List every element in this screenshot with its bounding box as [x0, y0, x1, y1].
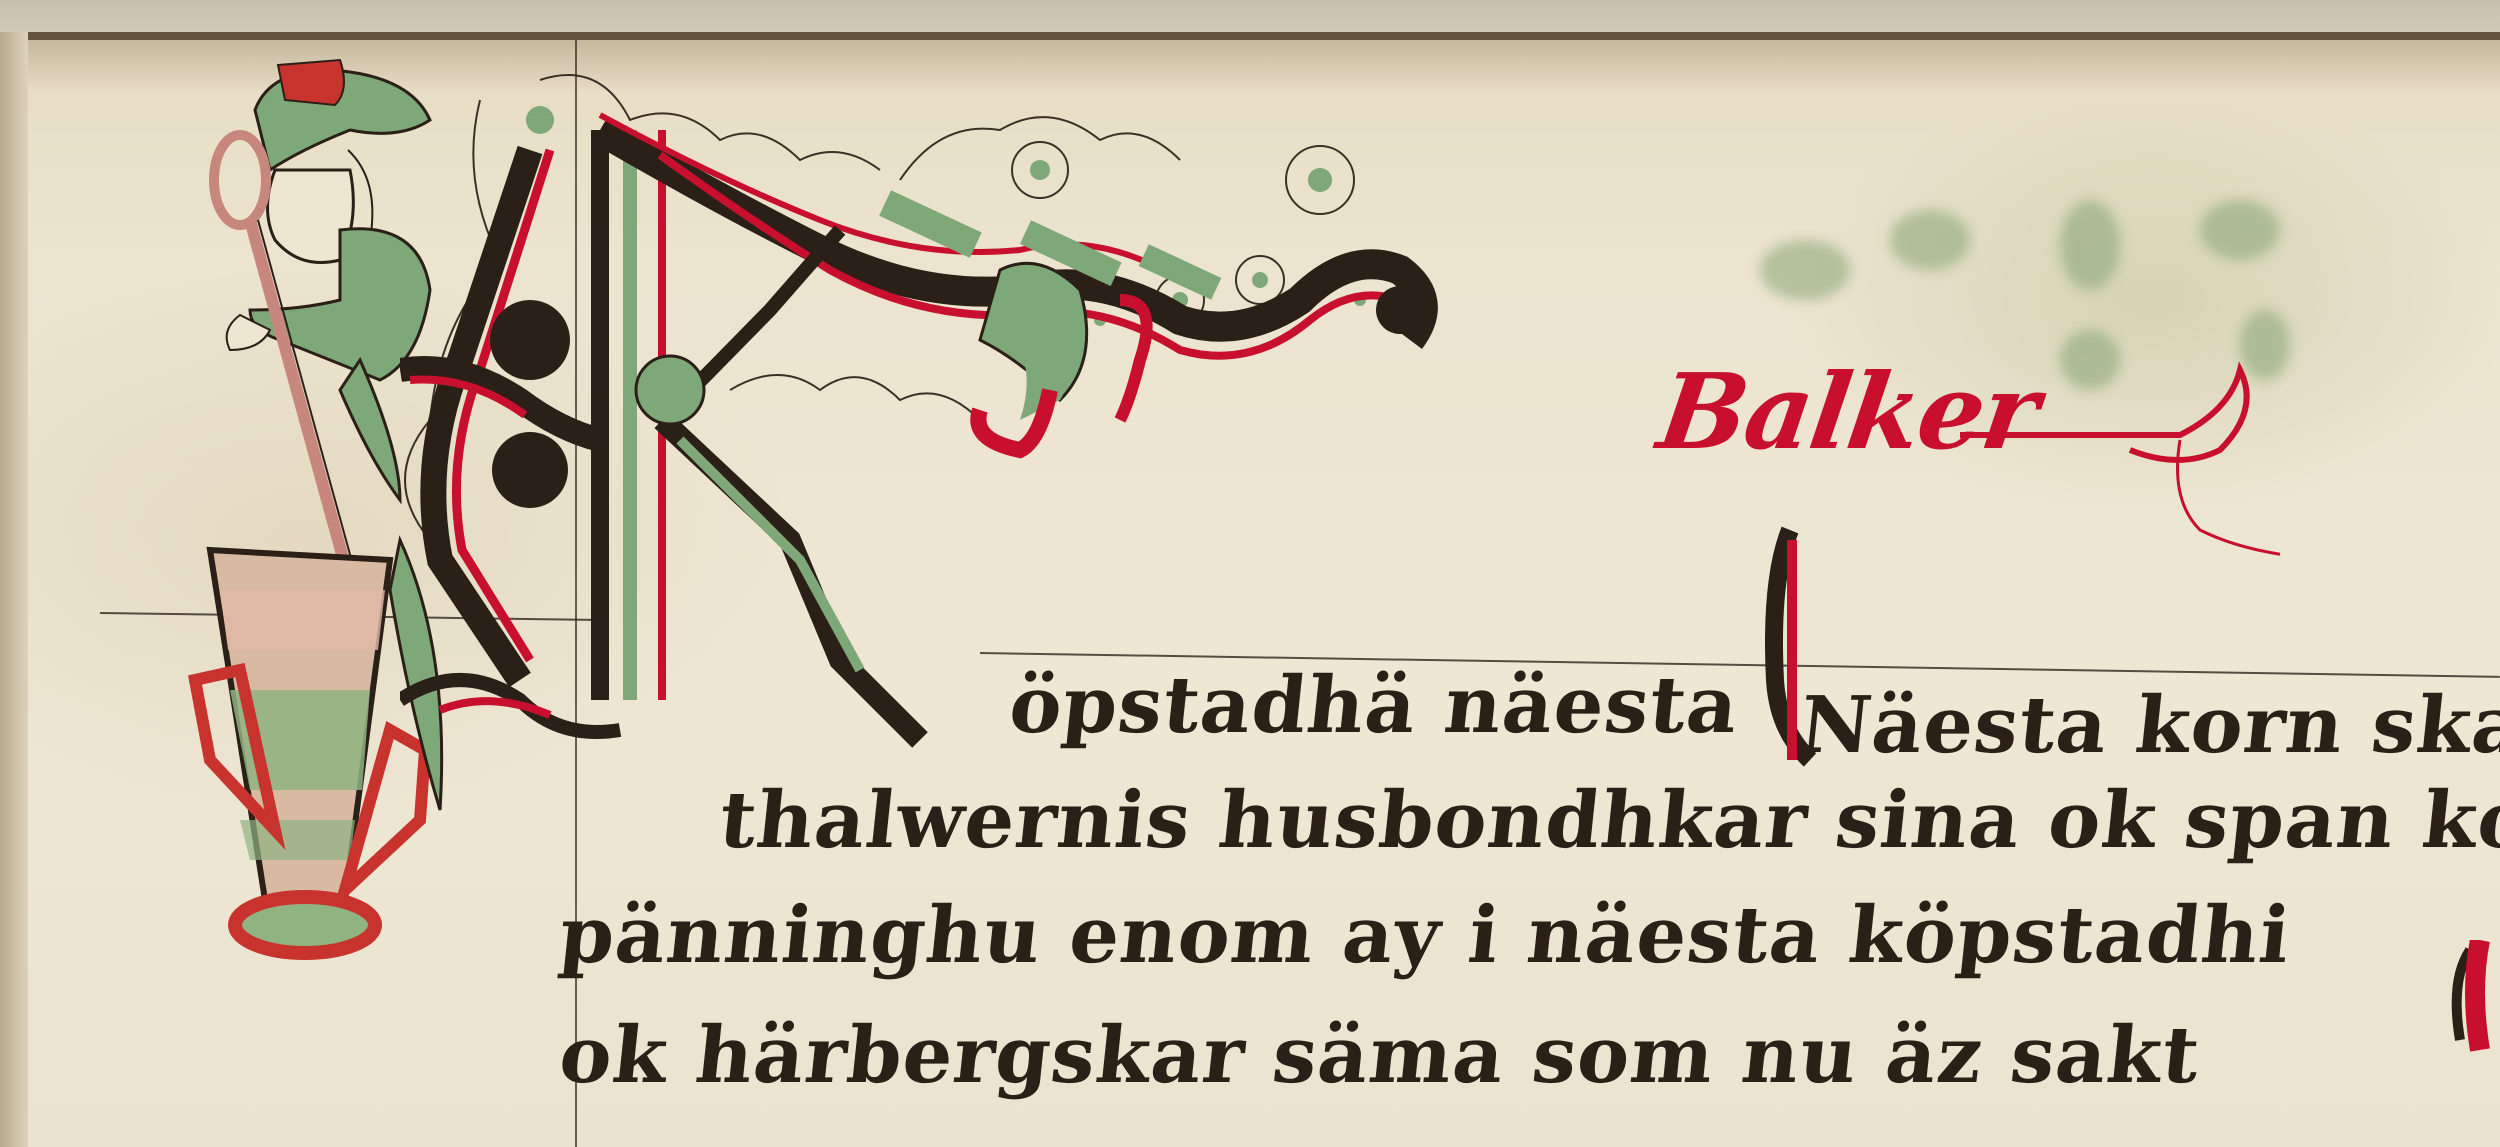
text-line-3: pänninghu enom ay i näesta köpstadhi	[555, 890, 2295, 981]
text-line-4: ok härbergskar säma som nu äz sakt	[555, 1010, 2204, 1101]
rubric-flourish	[1660, 340, 2280, 640]
pigment-stain	[2200, 200, 2280, 260]
text-line-1b: Näesta korn skal	[1795, 680, 2500, 771]
paragraph-mark	[2430, 940, 2500, 1060]
manuscript-photo: Balker öpstadhä näesta Näesta korn skal …	[0, 0, 2500, 1147]
text-line-1a: öpstadhä näesta	[1005, 660, 1743, 751]
pigment-stain	[2060, 200, 2120, 290]
pigment-stain	[1890, 210, 1970, 270]
text-line-2: thalwernis husbondhkar sina ok span ko	[715, 775, 2500, 866]
binding-edge	[0, 32, 28, 1147]
pigment-stain	[1760, 240, 1850, 300]
